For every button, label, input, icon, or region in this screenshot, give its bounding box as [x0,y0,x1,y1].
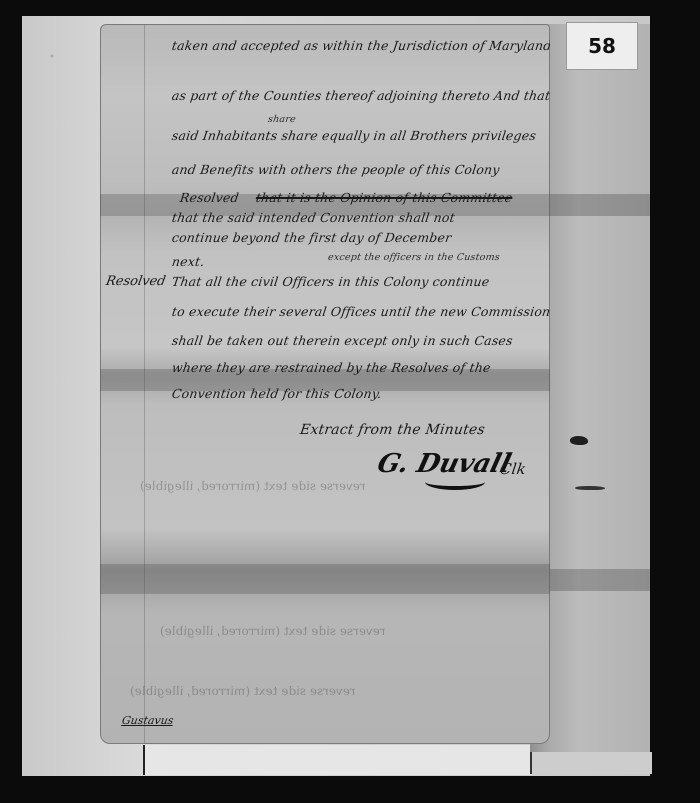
ink-blot [570,436,588,445]
text-line: where they are restrained by the Resolve… [171,360,492,375]
interlineation: except the officers in the Customs [327,252,500,263]
manuscript-page: reverse side text (mirrored, illegible) … [100,24,550,744]
text-line: Convention held for this Colony. [171,386,383,401]
bottom-paper-strip [143,745,532,775]
text-line: said Inhabitants share equally in all Br… [171,128,537,143]
text-line: continue beyond the first day of Decembe… [171,230,453,245]
text-line: to execute their several Offices until t… [171,304,550,319]
text-line: taken and accepted as within the Jurisdi… [171,38,550,53]
signature-flourish [425,474,485,490]
text-line: next. [171,254,206,269]
bleed-through-text: reverse side text (mirrored, illegible) [139,479,367,493]
attestation: Extract from the Minutes [299,422,486,438]
ink-smudge [575,486,605,490]
text-line: and Benefits with others the people of t… [171,162,501,177]
signature-title: Clk [499,460,527,478]
text-line: shall be taken out therein except only i… [171,333,514,348]
text-line: as part of the Counties thereof adjoinin… [171,88,550,103]
text-line: that the said intended Convention shall … [171,210,456,225]
microfilm-frame: reverse side text (mirrored, illegible) … [0,0,700,803]
interlineation: share [267,114,296,125]
struck-text: that it is the Opinion of this Committee [255,190,514,205]
docket-signature: Gustavus [121,714,175,727]
resolution-opening: Resolved [179,190,240,205]
bleed-through-text: reverse side text (mirrored, illegible) [159,624,387,638]
bottom-paper-strip-right [530,752,652,774]
bleed-through-text: reverse side text (mirrored, illegible) [129,684,357,698]
fold-crease [100,564,550,594]
text-line: That all the civil Officers in this Colo… [171,274,491,289]
page-number-tag: 58 [566,22,638,70]
margin-label-resolved: Resolved [105,274,167,289]
